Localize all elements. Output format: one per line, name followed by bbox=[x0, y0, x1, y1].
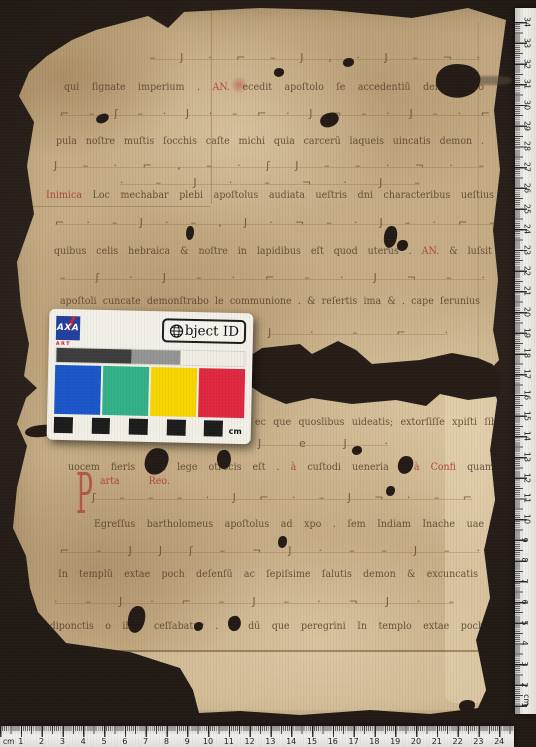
ink-text: Loc mechabar plebi apoſtolus audiata ueſ… bbox=[93, 190, 494, 201]
ink-text: quibus celis hebraica & noſtre in lapidi… bbox=[54, 246, 412, 257]
manuscript-text-line: apoſtoli cuncate demonſtrabo le communio… bbox=[60, 296, 480, 307]
grayscale-patch bbox=[180, 351, 244, 367]
neume-line: – ʃ · J – · ⌐ – · J ¬ – · bbox=[60, 272, 485, 284]
ruler-number: 19 bbox=[390, 737, 400, 746]
crease-line bbox=[211, 12, 212, 204]
ink-text: quam . bbox=[467, 462, 508, 473]
ruler-number: 5 bbox=[520, 620, 529, 625]
photo-stage: – J · ⌐ – J , · J – ¬ ·qui ſignate imper… bbox=[0, 0, 536, 747]
rubric-initial: P bbox=[76, 464, 93, 526]
ruler-number: 9 bbox=[185, 737, 190, 746]
ink-text: dū que peregrini In templo extae poch bbox=[248, 621, 484, 632]
scale-cell bbox=[54, 417, 73, 433]
ruler-number: 14 bbox=[286, 737, 296, 746]
color-calibration-card: AXA ART bject ID cm bbox=[47, 309, 254, 445]
scale-cell bbox=[166, 419, 185, 435]
ruler-number: 23 bbox=[523, 245, 532, 255]
ruler-unit-label: cm bbox=[3, 737, 14, 746]
ruler-number: 13 bbox=[265, 737, 275, 746]
ruler-number: 33 bbox=[523, 38, 532, 48]
object-id-badge: bject ID bbox=[162, 318, 247, 344]
color-patch bbox=[54, 365, 101, 415]
manuscript-text-line: pula noſtre muſtis ſocchis caſte michi q… bbox=[56, 136, 484, 147]
ink-text: qui ſignate imperium . bbox=[64, 82, 200, 93]
ruler-number: 25 bbox=[523, 203, 532, 213]
ruler-number: 7 bbox=[520, 579, 529, 584]
bottom-fold-strip bbox=[58, 652, 486, 710]
parchment-hole bbox=[154, 3, 174, 19]
ruler-number: 2 bbox=[39, 737, 44, 746]
ruler-number: 9 bbox=[520, 537, 529, 542]
color-patch bbox=[198, 368, 245, 418]
ruler-number: 5 bbox=[101, 737, 106, 746]
manuscript-text-line: adiponctis o ibus ceſſabatur . V dū que … bbox=[44, 621, 484, 632]
color-patch bbox=[102, 366, 149, 416]
ruler-number: 21 bbox=[432, 737, 442, 746]
ruler-number: 23 bbox=[473, 737, 483, 746]
ruler-number: 31 bbox=[523, 79, 532, 89]
ruler-unit-label: cm bbox=[522, 694, 531, 705]
ruler-number: 19 bbox=[523, 328, 532, 338]
fold-line bbox=[60, 650, 484, 652]
ink-text: pula noſtre muſtis ſocchis caſte michi q… bbox=[56, 136, 484, 147]
ruler-number: 3 bbox=[60, 737, 65, 746]
ink-text: apoſtoli cuncate demonſtrabo le communio… bbox=[60, 296, 480, 307]
ruler-number: 15 bbox=[523, 410, 532, 420]
ruler-number: 17 bbox=[349, 737, 359, 746]
ruler-number: 17 bbox=[523, 369, 532, 379]
crease-line bbox=[20, 206, 210, 207]
scale-cell bbox=[148, 419, 167, 435]
ruler-number: 18 bbox=[523, 348, 532, 358]
ruler-number: 12 bbox=[245, 737, 255, 746]
ruler-number: 12 bbox=[523, 473, 532, 483]
right-margin-light bbox=[445, 378, 507, 703]
ruler-number: 29 bbox=[523, 121, 532, 131]
ruler-number: 4 bbox=[520, 641, 529, 646]
ruler-number: 14 bbox=[523, 431, 532, 441]
axa-logo: AXA bbox=[56, 316, 81, 341]
ruler-number: 13 bbox=[523, 452, 532, 462]
scale-cell bbox=[110, 418, 129, 434]
ruler-number: 20 bbox=[411, 737, 421, 746]
ruler-number: 22 bbox=[523, 266, 532, 276]
ruler-number: 27 bbox=[523, 162, 532, 172]
red-paraph-mark bbox=[230, 76, 248, 94]
ruler-number: 15 bbox=[307, 737, 317, 746]
ruler-number: 30 bbox=[523, 100, 532, 110]
color-patch bbox=[150, 367, 197, 417]
ruler-number: 1 bbox=[18, 737, 23, 746]
ruler-number: 6 bbox=[520, 599, 529, 604]
scale-cell bbox=[91, 418, 110, 434]
manuscript-text-line: qui ſignate imperium . AN. ecedit apoſto… bbox=[64, 82, 484, 93]
grayscale-patch bbox=[56, 348, 131, 364]
rubric-text: Inimica bbox=[46, 190, 93, 201]
ruler-number: 3 bbox=[520, 661, 529, 666]
grayscale-bar bbox=[55, 347, 245, 367]
ruler-number: 4 bbox=[81, 737, 86, 746]
ink-text: uocem fieris . bbox=[68, 462, 149, 473]
neume-line: ⌐ – ʃ – · J · – ⌐ · J ¬ – · J – · ⌐ bbox=[60, 108, 490, 120]
rubric-text: arta Reo. bbox=[100, 476, 170, 487]
neume-line: · – J · – ¬ · J – bbox=[120, 177, 420, 189]
ruler-number: 10 bbox=[523, 514, 532, 524]
axa-logo-text: AXA bbox=[57, 323, 80, 334]
ruler-number: 16 bbox=[523, 390, 532, 400]
scale-cell bbox=[129, 419, 148, 435]
rubric-text: à bbox=[280, 462, 308, 473]
ruler-number: 24 bbox=[494, 737, 504, 746]
grayscale-patch bbox=[131, 350, 180, 365]
scale-cell bbox=[204, 420, 223, 436]
manuscript-text-line: Inimica Loc mechabar plebi apoſtolus aud… bbox=[46, 190, 494, 201]
parchment-hole bbox=[459, 700, 475, 712]
neume-line: ⌐ · – J · – , J · ¬ – · J – · ⌐ – bbox=[55, 217, 495, 229]
ink-text: cuſtodi ueneria . bbox=[307, 462, 402, 473]
ruler-number: 22 bbox=[453, 737, 463, 746]
neume-line: J · – ⌐ · bbox=[268, 327, 448, 339]
ink-text: ec que quoslibus uideatis; extorſiſſe xp… bbox=[255, 417, 500, 428]
ruler-number: 10 bbox=[203, 737, 213, 746]
ruler-number: 16 bbox=[328, 737, 338, 746]
card-scale-strip: cm bbox=[54, 417, 244, 437]
manuscript-text-line: quibus celis hebraica & noſtre in lapidi… bbox=[54, 246, 492, 257]
ruler-number: 32 bbox=[523, 59, 532, 69]
horizontal-ruler: 123456789101112131415161718192021222324c… bbox=[0, 726, 514, 747]
ink-text: In templū extae poch deſenſū ac ſepiſsim… bbox=[58, 569, 478, 580]
rubric-text: AN. bbox=[200, 82, 243, 93]
ruler-number: 6 bbox=[122, 737, 127, 746]
ink-text: Egreſſus bartholomeus apoſtolus ad xpo .… bbox=[94, 519, 484, 530]
globe-icon bbox=[169, 323, 184, 338]
ink-text: & luſsit bbox=[449, 246, 492, 257]
color-patches bbox=[54, 365, 245, 418]
manuscript-text-line: arta Reo. bbox=[100, 476, 170, 487]
ruler-number: 34 bbox=[523, 17, 532, 27]
neume-line: J e J · bbox=[258, 438, 388, 450]
neume-line: ʃ – – – · J ⌐ · – J ¬ · – ⌐ bbox=[92, 492, 472, 504]
ruler-number: 26 bbox=[523, 183, 532, 193]
manuscript-text-line: uocem fieris . à lege otrocis eſt . à cu… bbox=[68, 462, 508, 473]
vertical-ruler: 1234567891011121314151617181920212223242… bbox=[515, 8, 536, 714]
ruler-number: 8 bbox=[164, 737, 169, 746]
ruler-number: 28 bbox=[523, 141, 532, 151]
neume-line: – J · ⌐ – J , · J – ¬ · bbox=[150, 52, 480, 64]
ruler-number: 7 bbox=[143, 737, 148, 746]
ruler-number: 18 bbox=[369, 737, 379, 746]
ruler-number: 2 bbox=[520, 682, 529, 687]
manuscript-text-line: In templū extae poch deſenſū ac ſepiſsim… bbox=[58, 569, 478, 580]
ruler-number: 20 bbox=[523, 307, 532, 317]
ruler-number: 21 bbox=[523, 286, 532, 296]
object-id-label: bject ID bbox=[185, 323, 240, 340]
ruler-number: 11 bbox=[224, 737, 234, 746]
ruler-number: 8 bbox=[520, 558, 529, 563]
neume-line: · – J · ⌐ – J – · ¬ J · – bbox=[54, 596, 454, 608]
scale-cell bbox=[72, 417, 91, 433]
ruler-number: 24 bbox=[523, 224, 532, 234]
ruler-number: 11 bbox=[523, 493, 532, 503]
rubric-text: AN. bbox=[412, 246, 449, 257]
scale-unit-label: cm bbox=[223, 421, 244, 437]
neume-line: ⌐ – J J ʃ – ¬ J · – – J – · bbox=[60, 545, 480, 557]
manuscript-text-line: ec que quoslibus uideatis; extorſiſſe xp… bbox=[255, 417, 500, 428]
manuscript-text-line: Egreſſus bartholomeus apoſtolus ad xpo .… bbox=[94, 519, 484, 530]
neume-line: J – · ⌐ , – · ʃ J – – · ¬ · – bbox=[54, 160, 484, 172]
scale-cell bbox=[185, 420, 204, 436]
